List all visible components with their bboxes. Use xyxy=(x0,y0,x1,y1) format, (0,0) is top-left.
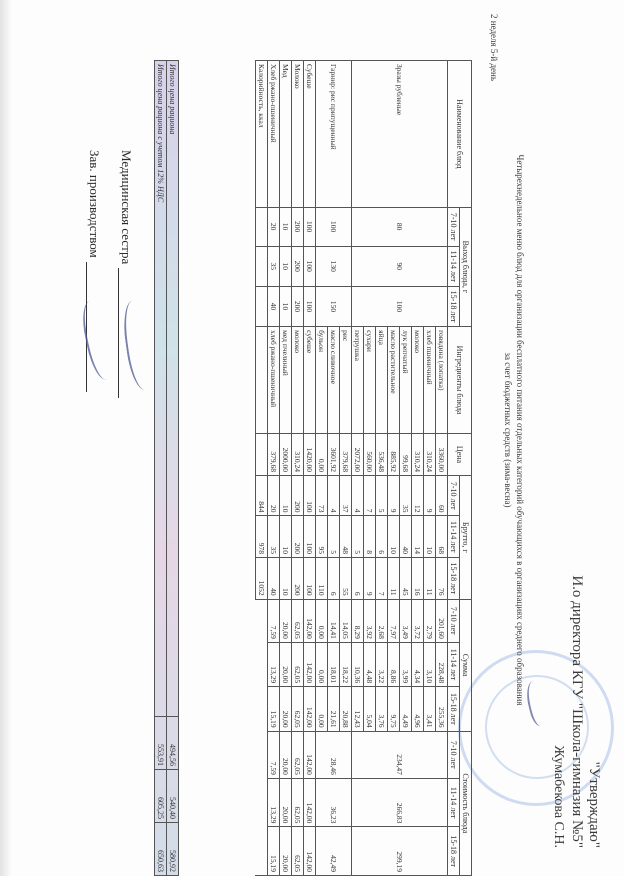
ingredient-sum: 0,00 xyxy=(316,599,328,642)
dish-name: Хлеб ржано-пшеничный xyxy=(268,61,280,208)
ingredient-sum: 15,19 xyxy=(268,687,280,731)
ingredient-name: петрушка xyxy=(352,327,364,434)
ingredient-gross: 110 xyxy=(316,558,328,600)
dish-cost: 42,49 xyxy=(316,827,352,876)
dish-yield: 100 xyxy=(304,246,316,286)
menu-body: Зразы рубленые8090100говядина (лопатка)3… xyxy=(256,61,448,876)
ingredient-sum: 2,79 xyxy=(424,599,436,642)
ingredient-name: мед пчелиный xyxy=(280,327,292,434)
ingredient-gross: 45 xyxy=(400,558,412,600)
ingredient-sum: 18,01 xyxy=(328,642,340,686)
table-row: Субеше100100100субеше1420,00100100100142… xyxy=(304,61,316,876)
dish-yield: 100 xyxy=(352,286,448,326)
ingredient-gross: 48 xyxy=(340,516,352,558)
ingredient-gross: 100 xyxy=(304,476,316,516)
ingredient-sum: 3,99 xyxy=(400,642,412,686)
empty-cell xyxy=(256,246,268,286)
ingredient-sum: 12,43 xyxy=(352,687,364,731)
dish-cost: 13,29 xyxy=(268,778,280,826)
ingredient-sum: 18,22 xyxy=(340,642,352,686)
ingredient-gross: 76 xyxy=(436,558,448,600)
ingredient-sum: 3,22 xyxy=(376,642,388,686)
dish-cost: 62,05 xyxy=(292,778,304,826)
header-price: Цена xyxy=(448,433,472,475)
total-vat-row: Итого цена рациона с учетом 12% НДС 553,… xyxy=(155,61,167,876)
total-vat-value: 605,25 xyxy=(155,770,167,823)
totals-table: Итого цена рациона 494,56 540,40 580,92 … xyxy=(154,60,179,876)
empty-cell xyxy=(256,599,268,875)
ingredient-sum: 20,00 xyxy=(280,599,292,642)
empty-cell xyxy=(256,207,268,246)
dish-name: Мед xyxy=(280,61,292,208)
dish-name: Гарнир: рис припущенный xyxy=(316,61,352,208)
header-age: 15-18 лет xyxy=(448,286,460,326)
ingredient-sum: 62,05 xyxy=(292,599,304,642)
ingredient-sum: 7,59 xyxy=(268,599,280,642)
calories-label: Калорийность, ккал xyxy=(256,61,268,208)
total-vat-value: 650,63 xyxy=(155,823,167,876)
ingredient-sum: 5,04 xyxy=(364,687,376,731)
dish-yield: 200 xyxy=(292,246,304,286)
calories-value: 1052 xyxy=(256,558,268,600)
ingredient-name: молоко xyxy=(412,327,424,434)
header-age: 7-10 лет xyxy=(448,476,460,516)
dish-yield: 10 xyxy=(280,207,292,246)
ingredient-sum: 62,05 xyxy=(292,642,304,686)
scanned-menu-page: "Утверждаю" И.о директора КГУ "Школа-гим… xyxy=(0,0,624,876)
total-value: 494,56 xyxy=(167,717,179,770)
ingredient-gross: 100 xyxy=(304,558,316,600)
document-title: Четырехнедельное меню блюд для организац… xyxy=(502,70,526,790)
table-row: Мед101010мед пчелиный2000,0010101020,002… xyxy=(280,61,292,876)
header-ingredients: Ингредиенты блюда xyxy=(448,327,472,434)
ingredient-sum: 13,29 xyxy=(268,642,280,686)
nurse-label: Медицинская сестра xyxy=(118,150,134,264)
ingredient-name: говядина (лопатка) xyxy=(436,327,448,434)
ingredient-sum: 10,36 xyxy=(352,642,364,686)
ingredient-sum: 255,36 xyxy=(436,687,448,731)
ingredient-gross: 55 xyxy=(340,558,352,600)
dish-cost: 234,47 xyxy=(352,731,448,778)
day-label: 2 неделя 5-й день xyxy=(489,14,499,81)
dish-cost: 62,05 xyxy=(292,731,304,778)
ingredient-name: масло сливочное xyxy=(328,327,340,434)
ingredient-gross: 9 xyxy=(364,558,376,600)
ingredient-sum: 142,00 xyxy=(304,599,316,642)
approval-block: "Утверждаю" И.о директора КГУ "Школа-гим… xyxy=(550,575,602,848)
ingredient-gross: 20 xyxy=(268,476,280,516)
ingredient-gross: 6 xyxy=(376,516,388,558)
ingredient-sum: 3,49 xyxy=(400,599,412,642)
header-age: 7-10 лет xyxy=(448,731,460,778)
dish-cost: 28,46 xyxy=(316,731,352,778)
ingredient-gross: 10 xyxy=(280,476,292,516)
ingredient-name: сухари xyxy=(364,327,376,434)
ingredient-gross: 10 xyxy=(388,516,400,558)
dish-cost: 7,59 xyxy=(268,731,280,778)
ingredient-sum: 21,61 xyxy=(328,687,340,731)
total-row: Итого цена рациона 494,56 540,40 580,92 xyxy=(167,61,179,876)
ingredient-gross: 5 xyxy=(328,516,340,558)
ingredient-price: 3360,00 xyxy=(436,433,448,475)
ingredient-gross: 200 xyxy=(292,558,304,600)
ingredient-gross: 35 xyxy=(268,516,280,558)
ingredient-name: яйца xyxy=(376,327,388,434)
approval-name: Жумабекова С.Н. xyxy=(550,575,567,848)
dish-cost: 142,00 xyxy=(304,827,316,876)
ingredient-price: 0,00 xyxy=(316,433,328,475)
ingredient-price: 2072,00 xyxy=(352,433,364,475)
header-age: 15-18 лет xyxy=(448,687,460,731)
ingredient-price: 885,92 xyxy=(388,433,400,475)
ingredient-gross: 68 xyxy=(436,516,448,558)
ingredient-price: 310,24 xyxy=(292,433,304,475)
calories-row: Калорийность, ккал8449781052 xyxy=(256,61,268,876)
ingredient-sum: 0,00 xyxy=(316,642,328,686)
ingredient-sum: 7,97 xyxy=(388,599,400,642)
total-value: 540,40 xyxy=(167,770,179,823)
dish-yield: 20 xyxy=(268,207,280,246)
ingredient-sum: 4,96 xyxy=(412,687,424,731)
ingredient-gross: 10 xyxy=(424,516,436,558)
header-age: 15-18 лет xyxy=(448,558,460,600)
dish-yield: 40 xyxy=(268,286,280,326)
calories-value: 844 xyxy=(256,476,268,516)
ingredient-gross: 6 xyxy=(328,558,340,600)
header-gross: Брутто, г xyxy=(460,476,472,600)
dish-cost: 20,00 xyxy=(280,827,292,876)
ingredient-sum: 3,10 xyxy=(424,642,436,686)
dish-yield: 130 xyxy=(316,246,352,286)
ingredient-gross: 7 xyxy=(364,476,376,516)
ingredient-gross: 14 xyxy=(412,516,424,558)
ingredient-gross: 9 xyxy=(388,476,400,516)
dish-name: Зразы рубленые xyxy=(352,61,448,208)
ingredient-price: 379,68 xyxy=(268,433,280,475)
ingredient-sum: 62,05 xyxy=(292,687,304,731)
header-age: 11-14 лет xyxy=(448,642,460,686)
ingredient-sum: 3,41 xyxy=(424,687,436,731)
calories-value: 978 xyxy=(256,516,268,558)
dish-yield: 200 xyxy=(292,207,304,246)
ingredient-sum: 8,29 xyxy=(352,599,364,642)
dish-cost: 142,00 xyxy=(304,731,316,778)
header-dish-name: Наименование блюд xyxy=(448,61,472,208)
ingredient-gross: 35 xyxy=(400,476,412,516)
ingredient-gross: 100 xyxy=(304,516,316,558)
ingredient-gross: 40 xyxy=(400,516,412,558)
menu-table: Наименование блюд Выход блюда, г Ингреди… xyxy=(255,60,472,876)
ingredient-name: бульон xyxy=(316,327,328,434)
header-age: 11-14 лет xyxy=(448,778,460,826)
ingredient-sum: 3,92 xyxy=(364,599,376,642)
dish-name: Молоко xyxy=(292,61,304,208)
total-label: Итого цена рациона xyxy=(167,61,179,717)
ingredient-price: 379,68 xyxy=(340,433,352,475)
dish-yield: 10 xyxy=(280,246,292,286)
ingredient-sum: 4,48 xyxy=(364,642,376,686)
ingredient-gross: 60 xyxy=(436,476,448,516)
total-value: 580,92 xyxy=(167,823,179,876)
ingredient-sum: 142,00 xyxy=(304,642,316,686)
approval-caption: "Утверждаю" xyxy=(585,575,602,848)
table-row: Зразы рубленые8090100говядина (лопатка)3… xyxy=(436,61,448,876)
ingredient-price: 536,48 xyxy=(376,433,388,475)
table-row: Гарнир: рис припущенный100130150рис379,6… xyxy=(340,61,352,876)
header-yield: Выход блюда, г xyxy=(460,207,472,327)
header-age: 11-14 лет xyxy=(448,516,460,558)
ingredient-sum: 14,05 xyxy=(340,599,352,642)
ingredient-sum: 3,72 xyxy=(412,599,424,642)
ingredient-gross: 200 xyxy=(292,516,304,558)
ingredient-gross: 7 xyxy=(376,558,388,600)
total-vat-label: Итого цена рациона с учетом 12% НДС xyxy=(155,61,167,717)
approval-position: И.о директора КГУ "Школа-гимназия №5" xyxy=(568,575,585,848)
ingredient-sum: 20,00 xyxy=(280,687,292,731)
header-row-1: Наименование блюд Выход блюда, г Ингреди… xyxy=(460,61,472,876)
title-line-2: за счет бюджетных средств (зима-весна) xyxy=(502,70,514,790)
empty-cell xyxy=(256,327,268,434)
total-vat-value: 553,91 xyxy=(155,717,167,770)
dish-yield: 100 xyxy=(304,286,316,326)
ingredient-sum: 228,48 xyxy=(436,642,448,686)
dish-yield: 100 xyxy=(316,207,352,246)
ingredient-sum: 4,49 xyxy=(400,687,412,731)
ingredient-price: 310,24 xyxy=(412,433,424,475)
table-row: Молоко200200200молоко310,2420020020062,0… xyxy=(292,61,304,876)
ingredient-gross: 9 xyxy=(424,476,436,516)
empty-cell xyxy=(256,286,268,326)
ingredient-sum: 201,60 xyxy=(436,599,448,642)
ingredient-sum: 8,86 xyxy=(388,642,400,686)
ingredient-sum: 3,76 xyxy=(376,687,388,731)
ingredient-price: 99,68 xyxy=(400,433,412,475)
ingredient-name: хлеб пшеничный xyxy=(424,327,436,434)
ingredient-price: 3601,92 xyxy=(328,433,340,475)
ingredient-sum: 2,68 xyxy=(376,599,388,642)
table-row: Хлеб ржано-пшеничный203540хлеб ржано-пше… xyxy=(268,61,280,876)
ingredient-gross: 12 xyxy=(412,476,424,516)
header-age: 7-10 лет xyxy=(448,207,460,246)
header-age: 15-18 лет xyxy=(448,827,460,876)
ingredient-gross: 11 xyxy=(424,558,436,600)
ingredient-gross: 4 xyxy=(328,476,340,516)
ingredient-price: 310,24 xyxy=(424,433,436,475)
header-age: 11-14 лет xyxy=(448,246,460,286)
ingredient-gross: 95 xyxy=(316,516,328,558)
ingredient-gross: 4 xyxy=(352,476,364,516)
ingredient-sum: 142,00 xyxy=(304,687,316,731)
ingredient-gross: 6 xyxy=(352,558,364,600)
ingredient-gross: 8 xyxy=(364,516,376,558)
ingredient-name: субеше xyxy=(304,327,316,434)
header-cost: Стоимость блюда xyxy=(460,731,472,875)
ingredient-gross: 11 xyxy=(388,558,400,600)
dish-yield: 10 xyxy=(280,286,292,326)
dish-cost: 20,00 xyxy=(280,778,292,826)
dish-yield: 100 xyxy=(304,207,316,246)
header-age: 7-10 лет xyxy=(448,599,460,642)
dish-cost: 15,19 xyxy=(268,827,280,876)
dish-yield: 80 xyxy=(352,207,448,246)
ingredient-price: 1420,00 xyxy=(304,433,316,475)
ingredient-name: масло растительное xyxy=(388,327,400,434)
ingredient-sum: 14,41 xyxy=(328,599,340,642)
ingredient-gross: 16 xyxy=(412,558,424,600)
ingredient-sum: 20,00 xyxy=(280,642,292,686)
ingredient-price: 560,00 xyxy=(364,433,376,475)
empty-cell xyxy=(256,433,268,475)
ingredient-price: 2000,00 xyxy=(280,433,292,475)
ingredient-sum: 4,34 xyxy=(412,642,424,686)
ingredient-gross: 40 xyxy=(268,558,280,600)
ingredient-gross: 37 xyxy=(340,476,352,516)
ingredient-gross: 73 xyxy=(316,476,328,516)
dish-yield: 90 xyxy=(352,246,448,286)
dish-cost: 299,19 xyxy=(352,827,448,876)
dish-cost: 142,00 xyxy=(304,778,316,826)
ingredient-name: молоко xyxy=(292,327,304,434)
dish-cost: 20,00 xyxy=(280,731,292,778)
ingredient-gross: 10 xyxy=(280,558,292,600)
ingredient-name: рис xyxy=(340,327,352,434)
ingredient-gross: 5 xyxy=(352,516,364,558)
dish-yield: 200 xyxy=(292,286,304,326)
ingredient-gross: 5 xyxy=(376,476,388,516)
ingredient-sum: 9,75 xyxy=(388,687,400,731)
ingredient-gross: 10 xyxy=(280,516,292,558)
title-line-1: Четырехнедельное меню блюд для организац… xyxy=(514,70,526,790)
ingredient-name: лук репчатый xyxy=(400,327,412,434)
dish-cost: 62,05 xyxy=(292,827,304,876)
dish-yield: 35 xyxy=(268,246,280,286)
ingredient-sum: 0,00 xyxy=(316,687,328,731)
ingredient-sum: 20,88 xyxy=(340,687,352,731)
ingredient-name: хлеб ржано-пшеничный xyxy=(268,327,280,434)
header-sum: Сумма xyxy=(460,599,472,731)
scan-edge xyxy=(0,0,12,876)
dish-yield: 150 xyxy=(316,286,352,326)
manager-label: Зав. производством xyxy=(86,150,102,258)
ingredient-gross: 200 xyxy=(292,476,304,516)
dish-cost: 266,83 xyxy=(352,778,448,826)
dish-name: Субеше xyxy=(304,61,316,208)
dish-cost: 36,23 xyxy=(316,778,352,826)
